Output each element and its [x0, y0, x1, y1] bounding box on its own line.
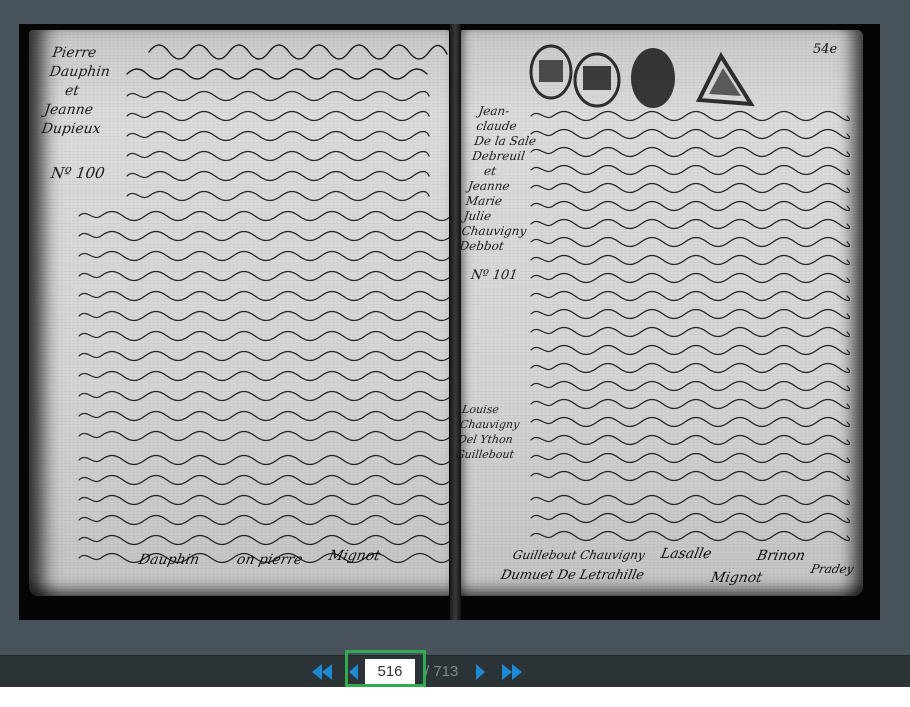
margin-line: De la Sale: [473, 134, 540, 149]
margin-line: Jeanne: [467, 179, 534, 194]
signature: Mignot: [709, 570, 763, 586]
margin-line: Louise: [461, 402, 522, 417]
margin-line: Dupieux: [40, 120, 103, 139]
margin-line: Debbot: [458, 239, 525, 254]
signature: Pradey: [810, 562, 856, 576]
margin-line: Pierre: [51, 44, 114, 63]
margin-line: Dauphin: [48, 63, 111, 82]
margin-line: Chauvigny: [459, 417, 520, 432]
triangle-left-icon: [348, 663, 358, 681]
margin-line: et: [46, 82, 109, 101]
margin-line: Chauvigny: [461, 224, 528, 239]
margin-line: Julie: [463, 209, 530, 224]
triangle-right-icon: [476, 663, 486, 681]
total-pages-label: / 713: [425, 663, 458, 680]
next-page-button[interactable]: [474, 656, 488, 687]
left-page: Pierre Dauphin et Jeanne Dupieux Nº 100 …: [29, 30, 449, 596]
document-viewer[interactable]: Pierre Dauphin et Jeanne Dupieux Nº 100 …: [0, 0, 910, 655]
previous-page-button[interactable]: [346, 656, 360, 687]
margin-line: Del Ython: [457, 432, 518, 447]
signature: Brinon: [755, 548, 806, 564]
margin-line: Jean-: [477, 104, 544, 119]
page-number-input[interactable]: [365, 659, 415, 684]
margin-note-witness: Louise Chauvigny Del Ython Guillebout: [455, 402, 523, 462]
margin-line: Debreuil: [471, 149, 538, 164]
margin-line: Guillebout: [455, 447, 516, 462]
margin-line: claude: [475, 119, 542, 134]
right-page: 54e Jean- claude De la Sale Debreuil et …: [461, 30, 863, 596]
signature: Lasalle: [659, 546, 713, 562]
entry-number-100: Nº 100: [50, 164, 106, 183]
signature: Dumuet De Letrahille: [499, 568, 645, 583]
official-stamps: [531, 46, 751, 108]
margin-line: Marie: [465, 194, 532, 209]
double-chevron-right-icon: [501, 663, 523, 681]
pagination-toolbar: / 713: [0, 655, 910, 687]
book-spine: [450, 24, 461, 620]
signature: Mignot: [327, 548, 381, 564]
margin-line: Jeanne: [43, 101, 106, 120]
signature: Dauphin: [137, 552, 200, 568]
last-page-button[interactable]: [499, 656, 525, 687]
double-chevron-left-icon: [311, 663, 333, 681]
signature: Guillebout Chauvigny: [512, 548, 647, 562]
first-page-button[interactable]: [309, 656, 335, 687]
scanned-register-image[interactable]: Pierre Dauphin et Jeanne Dupieux Nº 100 …: [19, 24, 880, 620]
entry-number-101: Nº 101: [470, 266, 519, 285]
signature: on pierre: [235, 552, 304, 568]
folio-number: 54e: [813, 42, 837, 57]
margin-line: et: [469, 164, 536, 179]
